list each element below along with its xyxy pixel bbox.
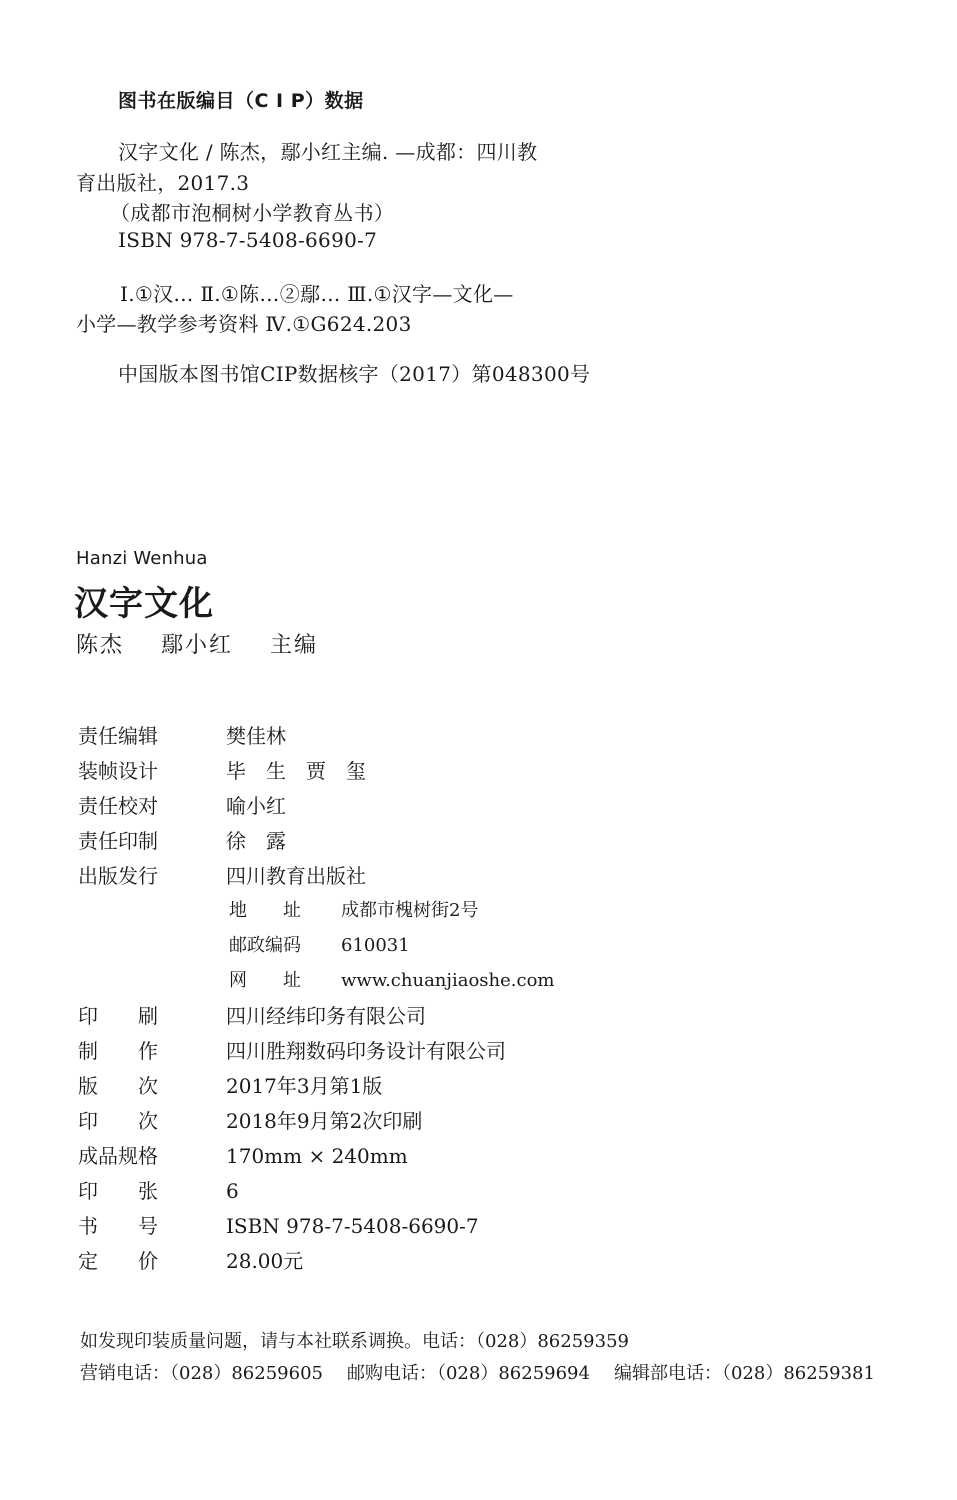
book-pinyin-title: Hanzi Wenhua: [76, 548, 208, 569]
credit-value: 徐 露: [226, 825, 286, 854]
credit-row: 责任编辑樊佳林: [78, 720, 286, 750]
credit-row: 装帧设计毕 生 贾 玺: [78, 755, 366, 785]
book-title: 汉字文化: [74, 576, 214, 625]
production-value: 170mm × 240mm: [226, 1144, 408, 1168]
credit-label: 责任校对: [78, 790, 226, 819]
editor-name: 鄢小红: [161, 633, 233, 658]
production-label: 印 张: [78, 1175, 226, 1204]
production-row: 定 价28.00元: [78, 1245, 303, 1275]
credit-value: 樊佳林: [226, 720, 286, 749]
credit-value: 喻小红: [226, 790, 286, 819]
production-row: 制 作四川胜翔数码印务设计有限公司: [78, 1035, 506, 1065]
cip-isbn: ISBN 978-7-5408-6690-7: [118, 228, 377, 252]
production-row: 印 张6: [78, 1175, 239, 1205]
production-row: 版 次2017年3月第1版: [78, 1070, 382, 1100]
production-label: 制 作: [78, 1035, 226, 1064]
mail-order-phone: 邮购电话：（028）86259694: [347, 1363, 590, 1384]
credit-label: 装帧设计: [78, 755, 226, 784]
production-row: 成品规格170mm × 240mm: [78, 1140, 408, 1170]
credit-row: 出版发行四川教育出版社: [78, 860, 366, 890]
detail-label: 地 址: [229, 896, 341, 922]
production-value: ISBN 978-7-5408-6690-7: [226, 1214, 479, 1238]
sales-phone: 营销电话：（028）86259605: [80, 1363, 323, 1384]
credit-value: 四川教育出版社: [226, 860, 366, 889]
book-editors: 陈杰 鄢小红 主编: [76, 628, 346, 659]
detail-label: 邮政编码: [229, 931, 341, 957]
detail-value: 610031: [341, 935, 410, 956]
cip-title: 图书在版编目（C I P）数据: [118, 86, 364, 113]
production-label: 印 刷: [78, 1000, 226, 1029]
production-value: 2017年3月第1版: [226, 1070, 382, 1099]
production-value: 6: [226, 1179, 239, 1203]
editorial-phone: 编辑部电话：（028）86259381: [614, 1363, 875, 1384]
cip-classification: 小学—教学参考资料 Ⅳ.①G624.203: [76, 308, 412, 337]
phone-lines: 营销电话：（028）86259605邮购电话：（028）86259694编辑部电…: [80, 1359, 875, 1385]
publisher-postcode-row: 邮政编码610031: [229, 931, 410, 957]
production-label: 书 号: [78, 1210, 226, 1239]
credit-row: 责任印制徐 露: [78, 825, 286, 855]
production-label: 印 次: [78, 1105, 226, 1134]
cip-classification: Ⅰ.①汉… Ⅱ.①陈…②鄢… Ⅲ.①汉字—文化—: [120, 278, 514, 307]
cip-line: 汉字文化 / 陈杰，鄢小红主编. —成都：四川教: [118, 136, 537, 165]
credit-label: 责任印制: [78, 825, 226, 854]
production-label: 成品规格: [78, 1140, 226, 1169]
publisher-address-row: 地 址成都市槐树街2号: [229, 896, 478, 922]
cip-record-number: 中国版本图书馆CIP数据核字（2017）第048300号: [118, 358, 590, 387]
production-label: 定 价: [78, 1245, 226, 1274]
detail-value: 成都市槐树街2号: [341, 900, 478, 921]
cip-line: （成都市泡桐树小学教育丛书）: [110, 197, 394, 226]
production-label: 版 次: [78, 1070, 226, 1099]
credit-value: 毕 生 贾 玺: [226, 755, 366, 784]
editor-name: 陈杰: [76, 633, 124, 658]
detail-value: www.chuanjiaoshe.com: [341, 970, 555, 991]
production-value: 2018年9月第2次印刷: [226, 1105, 422, 1134]
production-value: 28.00元: [226, 1245, 303, 1274]
quality-notice: 如发现印装质量问题，请与本社联系调换。电话：（028）86259359: [80, 1327, 629, 1353]
credit-label: 责任编辑: [78, 720, 226, 749]
production-row: 印 次2018年9月第2次印刷: [78, 1105, 422, 1135]
production-row: 书 号ISBN 978-7-5408-6690-7: [78, 1210, 479, 1240]
production-row: 印 刷四川经纬印务有限公司: [78, 1000, 426, 1030]
detail-label: 网 址: [229, 966, 341, 992]
credit-row: 责任校对喻小红: [78, 790, 286, 820]
editor-role: 主编: [270, 633, 318, 658]
publisher-website-row: 网 址www.chuanjiaoshe.com: [229, 966, 555, 992]
production-value: 四川胜翔数码印务设计有限公司: [226, 1035, 506, 1064]
production-value: 四川经纬印务有限公司: [226, 1000, 426, 1029]
credit-label: 出版发行: [78, 860, 226, 889]
cip-line: 育出版社，2017.3: [76, 167, 249, 196]
